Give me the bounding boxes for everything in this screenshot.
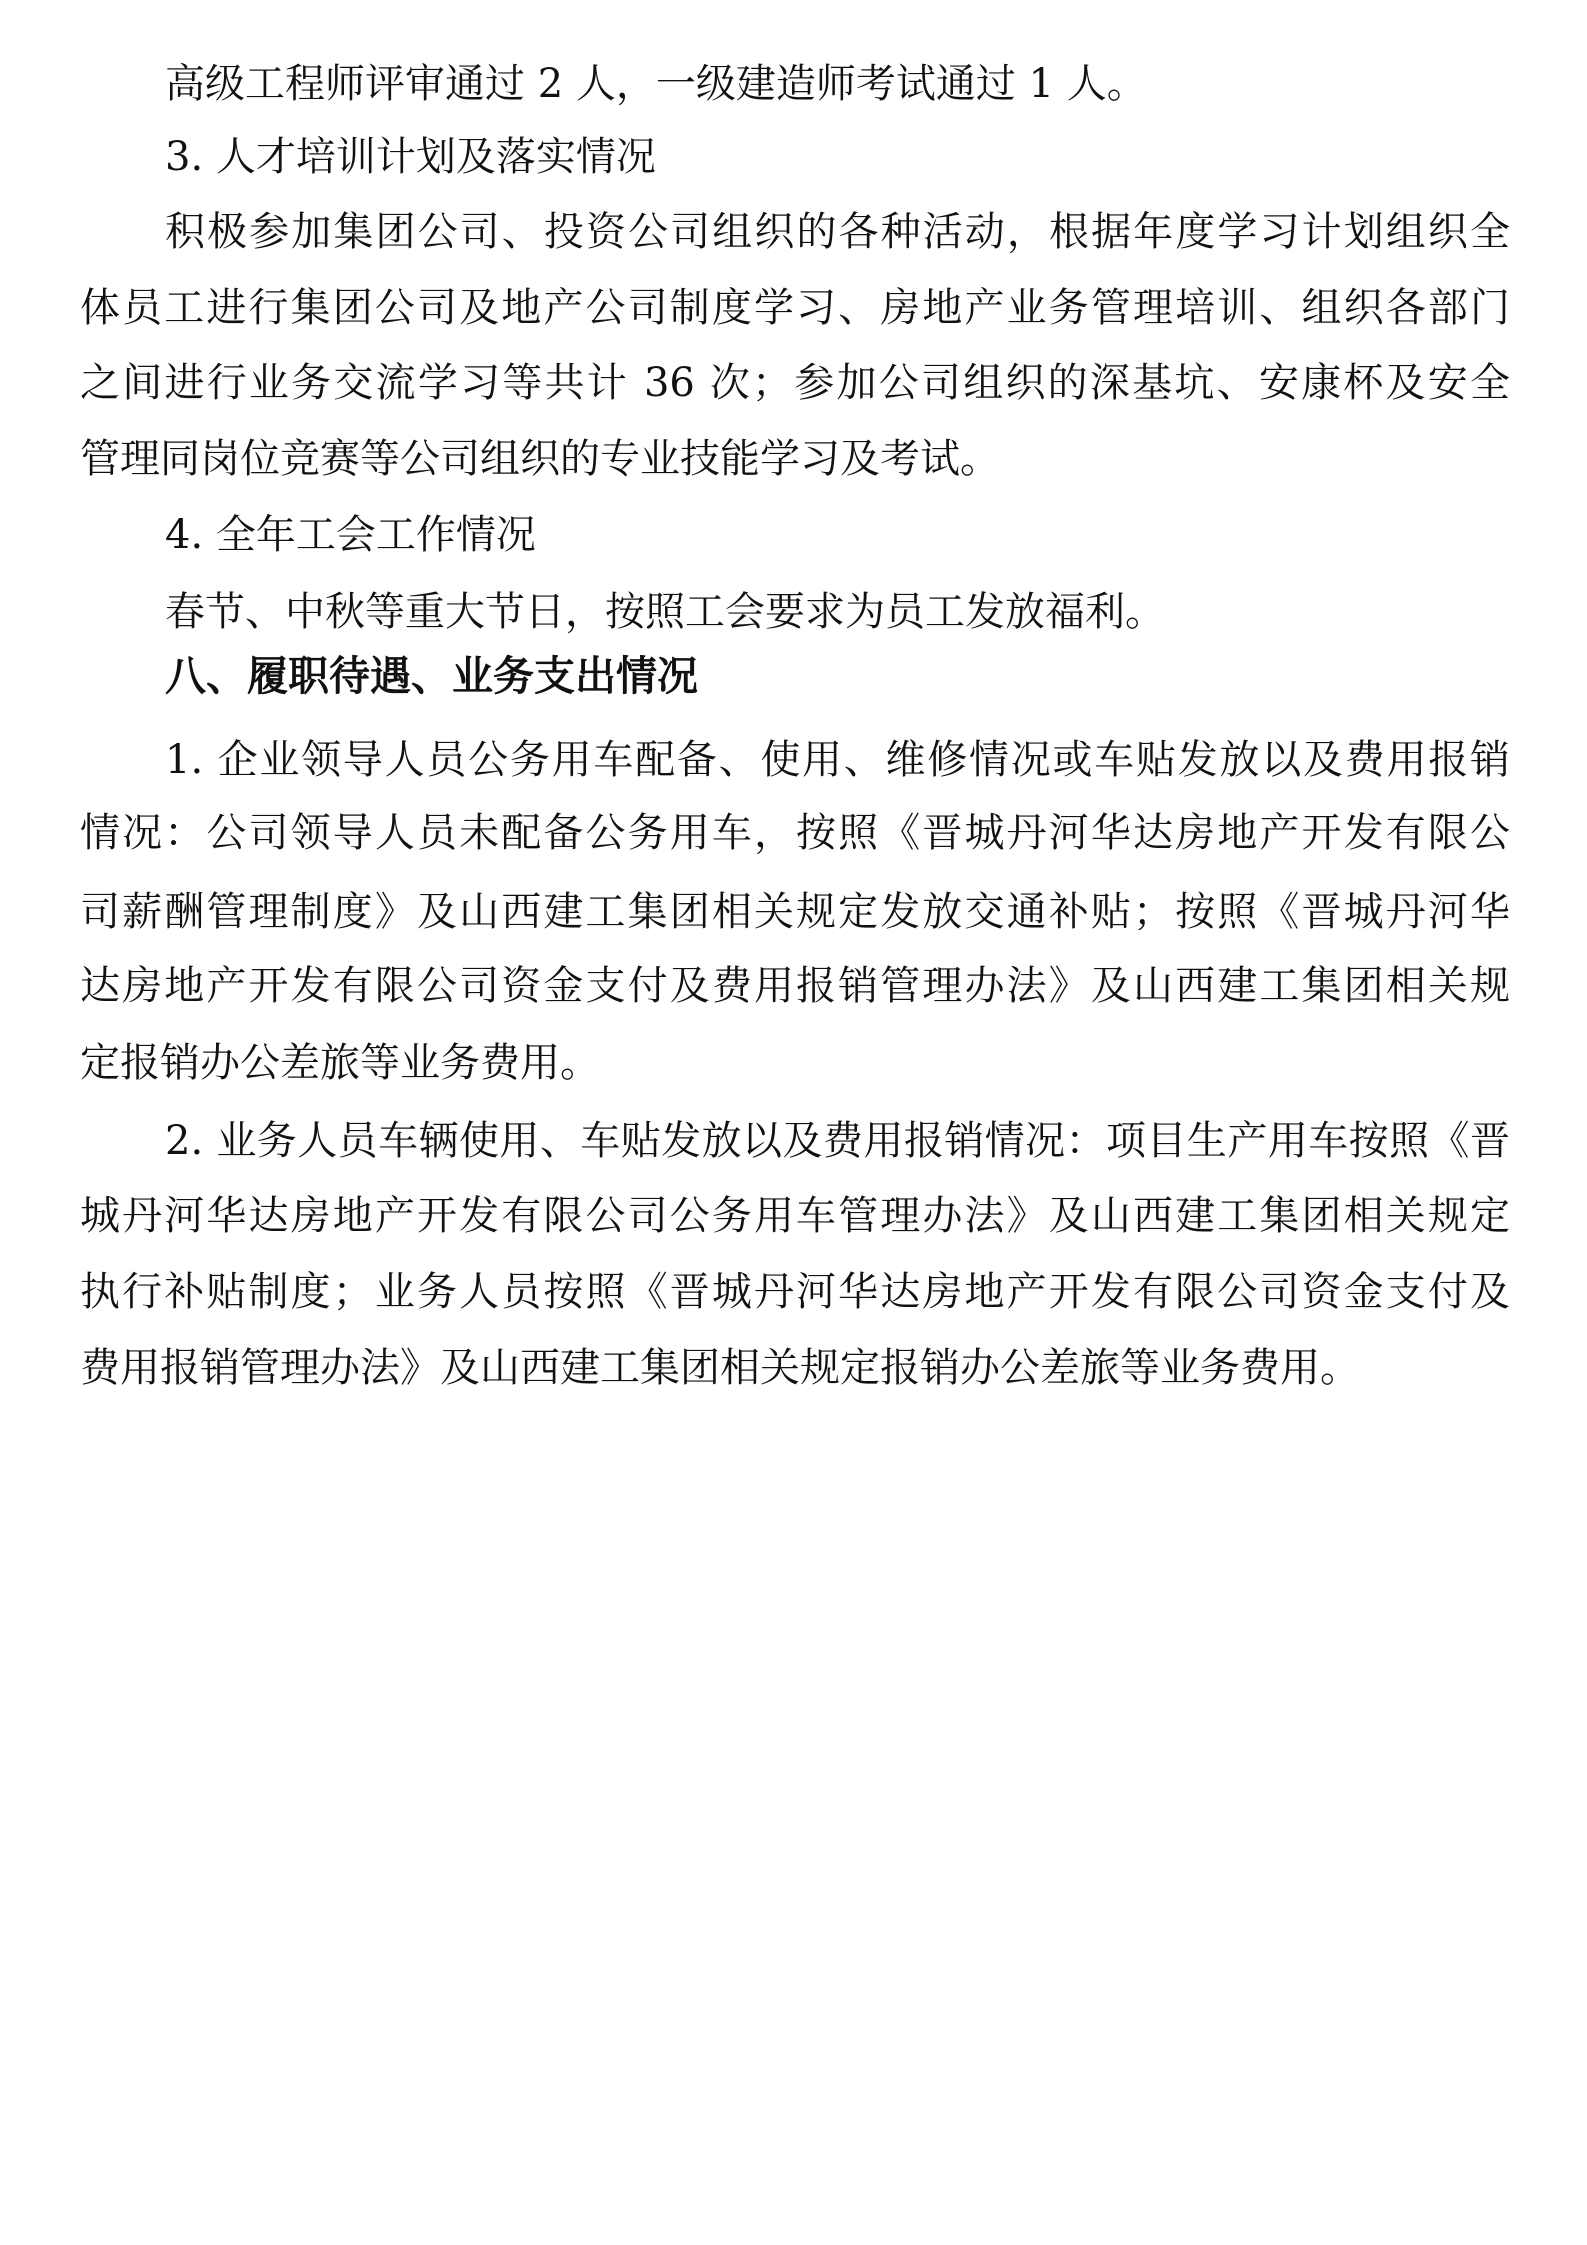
paragraph-line: 城丹河华达房地产开发有限公司公务用车管理办法》及山西建工集团相关规定 (80, 1188, 1510, 1244)
subheading-union-work: 4. 全年工会工作情况 (165, 507, 1510, 563)
paragraph-line: 执行补贴制度；业务人员按照《晋城丹河华达房地产开发有限公司资金支付及 (80, 1264, 1510, 1320)
paragraph-line: 达房地产开发有限公司资金支付及费用报销管理办法》及山西建工集团相关规 (80, 958, 1510, 1014)
paragraph-line: 积极参加集团公司、投资公司组织的各种活动，根据年度学习计划组织全 (165, 204, 1510, 260)
paragraph-line: 司薪酬管理制度》及山西建工集团相关规定发放交通补贴；按照《晋城丹河华 (80, 884, 1510, 940)
subheading-talent-training: 3. 人才培训计划及落实情况 (165, 129, 1510, 185)
document-page: 高级工程师评审通过 2 人，一级建造师考试通过 1 人。 3. 人才培训计划及落… (0, 0, 1587, 2245)
paragraph-line: 1. 企业领导人员公务用车配备、使用、维修情况或车贴发放以及费用报销 (165, 732, 1510, 788)
paragraph-line: 定报销办公差旅等业务费用。 (80, 1035, 1510, 1091)
paragraph-line: 之间进行业务交流学习等共计 36 次；参加公司组织的深基坑、安康杯及安全 (80, 355, 1510, 411)
paragraph-line: 体员工进行集团公司及地产公司制度学习、房地产业务管理培训、组织各部门 (80, 280, 1510, 336)
paragraph-line: 春节、中秋等重大节日，按照工会要求为员工发放福利。 (165, 584, 1510, 640)
text-line-continuation: 高级工程师评审通过 2 人，一级建造师考试通过 1 人。 (165, 56, 1510, 112)
paragraph-line: 费用报销管理办法》及山西建工集团相关规定报销办公差旅等业务费用。 (80, 1340, 1510, 1396)
paragraph-line: 2. 业务人员车辆使用、车贴发放以及费用报销情况：项目生产用车按照《晋 (165, 1113, 1510, 1169)
section-heading: 八、履职待遇、业务支出情况 (165, 648, 1510, 704)
paragraph-line: 管理同岗位竞赛等公司组织的专业技能学习及考试。 (80, 431, 1510, 487)
paragraph-line: 情况：公司领导人员未配备公务用车，按照《晋城丹河华达房地产开发有限公 (80, 805, 1510, 861)
